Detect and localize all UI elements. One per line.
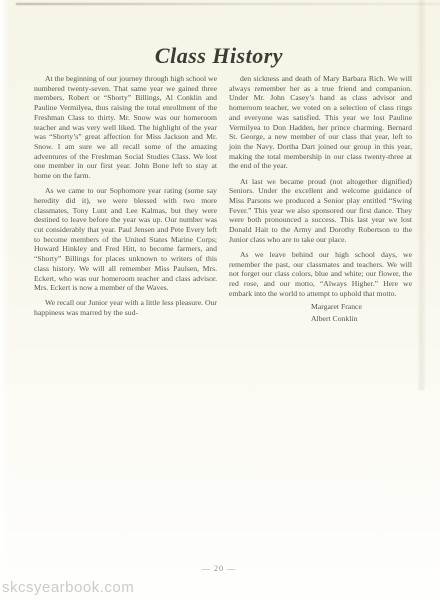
text-columns: At the beginning of our journey through … <box>34 74 412 325</box>
signature-albert-conklin: Albert Conklin <box>311 313 412 325</box>
page-top-edge-shadow <box>16 3 440 5</box>
paragraph-senior-year: At last we became proud (not altogether … <box>229 177 412 245</box>
left-column: At the beginning of our journey through … <box>34 74 217 325</box>
paragraph-freshman-year: At the beginning of our journey through … <box>34 74 217 181</box>
paragraph-sophomore-year: As we came to our Sophomore year rating … <box>34 186 217 293</box>
paragraph-farewell: As we leave behind our high school days,… <box>229 250 412 299</box>
right-column: den sickness and death of Mary Barbara R… <box>229 74 412 325</box>
signature-margaret-france: Margaret France <box>311 301 412 313</box>
page-title: Class History <box>0 43 438 69</box>
watermark: skcsyearbook.com <box>2 579 134 596</box>
paragraph-junior-year-continued: den sickness and death of Mary Barbara R… <box>229 74 412 171</box>
page-number: — 20 — <box>0 564 438 573</box>
yearbook-page: Class History At the beginning of our jo… <box>0 0 440 600</box>
signature-block: Margaret France Albert Conklin <box>311 301 412 324</box>
paragraph-junior-year-start: We recall our Junior year with a little … <box>34 298 217 317</box>
